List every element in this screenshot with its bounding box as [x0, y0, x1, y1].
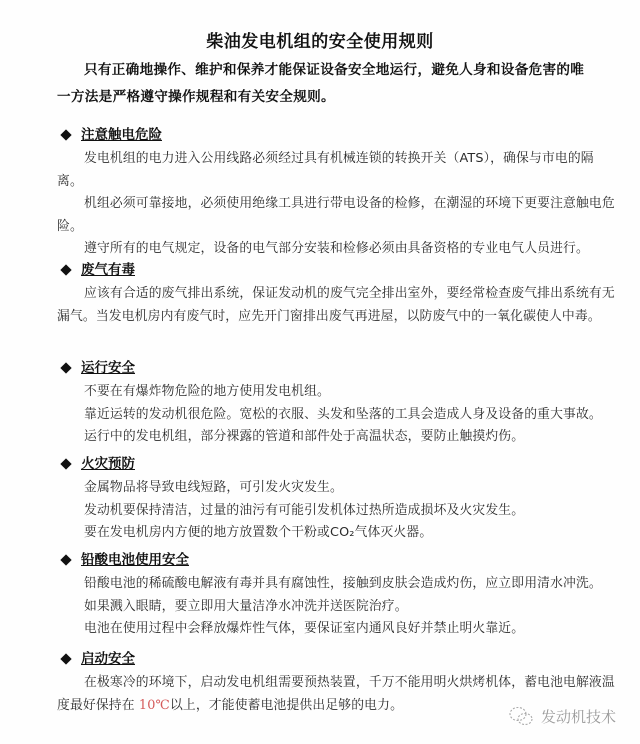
- section-paragraph: 电池在使用过程中会释放爆炸性气体，要保证室内通风良好并禁止明火靠近。: [57, 618, 617, 641]
- section-heading: 废气有毒: [81, 259, 135, 281]
- section-heading: 运行安全: [81, 357, 135, 379]
- document-page: 柴油发电机组的安全使用规则 只有正确地操作、维护和保养才能保证设备安全地运行，避…: [0, 0, 640, 744]
- section-header: 运行安全: [57, 357, 617, 381]
- section-lead-acid-battery: 铅酸电池使用安全 铅酸电池的稀硫酸电解液有毒并具有腐蚀性，接触到皮肤会造成灼伤，…: [57, 549, 617, 641]
- diamond-bullet-icon: [60, 554, 71, 565]
- section-paragraph: 不要在有爆炸物危险的地方使用发电机组。: [57, 381, 617, 404]
- section-header: 启动安全: [57, 648, 617, 672]
- section-paragraph: 发动机要保持清洁，过量的油污有可能引发机体过热所造成损坏及火灾发生。: [57, 500, 617, 523]
- section-paragraph: 运行中的发电机组，部分裸露的管道和部件处于高温状态，要防止触摸灼伤。: [57, 426, 617, 449]
- section-heading: 铅酸电池使用安全: [81, 549, 189, 571]
- diamond-bullet-icon: [60, 129, 71, 140]
- section-fire-prevention: 火灾预防 金属物品将导致电线短路，可引发火灾发生。 发动机要保持清洁，过量的油污…: [57, 453, 617, 545]
- section-paragraph: 金属物品将导致电线短路，可引发火灾发生。: [57, 477, 617, 500]
- document-title: 柴油发电机组的安全使用规则: [0, 27, 640, 52]
- section-electric-shock: 注意触电危险 发电机组的电力进入公用线路必须经过具有机械连锁的转换开关（ATS）…: [57, 124, 617, 261]
- diamond-bullet-icon: [60, 264, 71, 275]
- watermark: 发动机技术: [507, 704, 616, 728]
- section-header: 铅酸电池使用安全: [57, 549, 617, 573]
- section-header: 火灾预防: [57, 453, 617, 477]
- section-paragraph: 应该有合适的废气排出系统，保证发动机的废气完全排出室外，要经常检查废气排出系统有…: [57, 283, 617, 328]
- section-paragraph: 如果溅入眼睛，要立即用大量洁净水冲洗并送医院治疗。: [57, 596, 617, 619]
- diamond-bullet-icon: [60, 362, 71, 373]
- section-paragraph: 发电机组的电力进入公用线路必须经过具有机械连锁的转换开关（ATS），确保与市电的…: [57, 148, 617, 193]
- section-exhaust-toxic: 废气有毒 应该有合适的废气排出系统，保证发动机的废气完全排出室外，要经常检查废气…: [57, 259, 617, 328]
- diamond-bullet-icon: [60, 653, 71, 664]
- section-paragraph: 遵守所有的电气规定，设备的电气部分安装和检修必须由具备资格的专业电气人员进行。: [57, 238, 617, 261]
- watermark-text: 发动机技术: [541, 706, 616, 727]
- section-operation-safety: 运行安全 不要在有爆炸物危险的地方使用发电机组。 靠近运转的发动机很危险。宽松的…: [57, 357, 617, 449]
- section-heading: 注意触电危险: [81, 124, 162, 146]
- section-heading: 火灾预防: [81, 453, 135, 475]
- section-paragraph: 铅酸电池的稀硫酸电解液有毒并具有腐蚀性，接触到皮肤会造成灼伤，应立即用清水冲洗。: [57, 573, 617, 596]
- section-paragraph: 机组必须可靠接地，必须使用绝缘工具进行带电设备的检修，在潮湿的环境下更要注意触电…: [57, 193, 617, 238]
- section-header: 注意触电危险: [57, 124, 617, 148]
- diamond-bullet-icon: [60, 458, 71, 469]
- temperature-highlight: 10℃: [139, 698, 170, 713]
- section-heading: 启动安全: [81, 648, 135, 670]
- section-header: 废气有毒: [57, 259, 617, 283]
- section-paragraph: 靠近运转的发动机很危险。宽松的衣服、头发和坠落的工具会造成人身及设备的重大事故。: [57, 404, 617, 427]
- paragraph-text: 以上，才能使蓄电池提供出足够的电力。: [170, 698, 403, 713]
- section-paragraph: 要在发电机房内方便的地方放置数个干粉或CO₂气体灭火器。: [57, 522, 617, 545]
- wechat-icon: [507, 705, 535, 727]
- intro-paragraph: 只有正确地操作、维护和保养才能保证设备安全地运行，避免人身和设备危害的唯一方法是…: [57, 57, 597, 111]
